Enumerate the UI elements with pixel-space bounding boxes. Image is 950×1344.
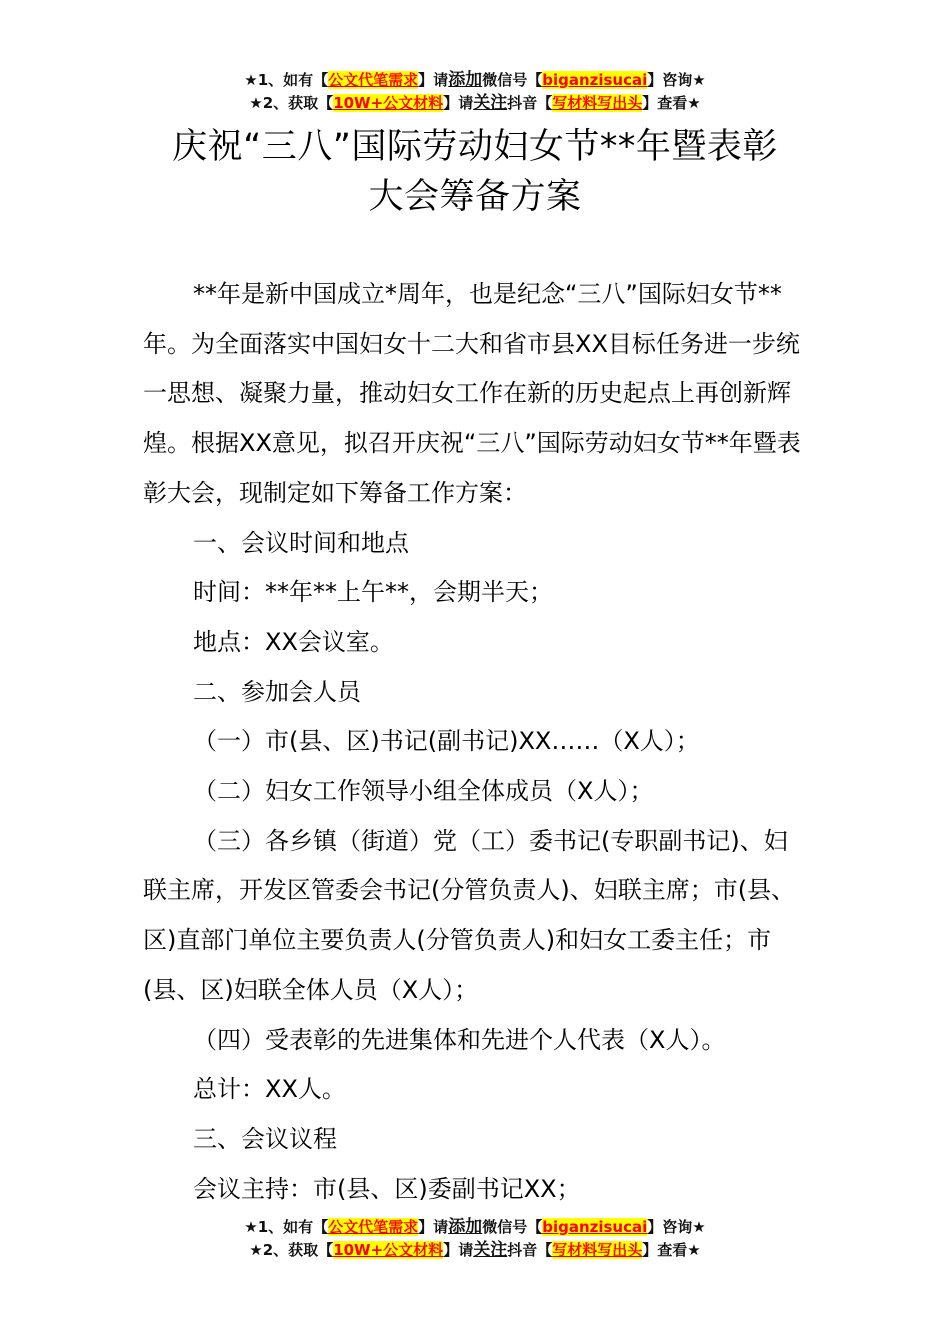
attendee-item-3: （三）各乡镇（街道）党（工）委书记(专职副书记)、妇联主席，开发区管委会书记(分… [143, 817, 808, 1016]
promo-text: 】查看★ [642, 1241, 700, 1259]
promo-douyin-name: 写材料写出头 [552, 1241, 642, 1259]
section-heading-time-place: 一、会议时间和地点 [143, 519, 808, 569]
attendee-item-1: （一）市(县、区)书记(副书记)XX……（X人）； [143, 717, 808, 767]
promo-emphasis: 添加 [448, 70, 482, 90]
promo-emphasis: 关注 [473, 93, 507, 113]
promo-text: 】咨询★ [647, 1218, 705, 1236]
promo-highlight: 公文代笔需求 [328, 1218, 418, 1236]
promo-text: 】查看★ [642, 94, 700, 112]
section-heading-attendees: 二、参加会人员 [143, 668, 808, 718]
promo-text: 】请 [443, 1241, 473, 1259]
attendee-item-4: （四）受表彰的先进集体和先进个人代表（X人）。 [143, 1016, 808, 1066]
promo-line-2: ★2、获取【10W+公文材料】请关注抖音【写材料写出头】查看★ [0, 1239, 950, 1262]
promo-text: ★1、如有【 [244, 71, 328, 89]
document-title: 庆祝“三八”国际劳动妇女节**年暨表彰 大会筹备方案 [0, 122, 950, 222]
document-body: **年是新中国成立*周年，也是纪念“三八”国际妇女节**年。为全面落实中国妇女十… [143, 270, 808, 1214]
promo-text: 抖音【 [507, 1241, 552, 1259]
promo-banner-top: ★1、如有【公文代笔需求】请添加微信号【biganzisucai】咨询★ ★2、… [0, 69, 950, 115]
section-heading-agenda: 三、会议议程 [143, 1115, 808, 1165]
promo-text: 抖音【 [507, 94, 552, 112]
promo-text: 】咨询★ [647, 71, 705, 89]
promo-wechat-id: biganzisucai [542, 71, 647, 89]
promo-text: 微信号【 [482, 1218, 542, 1236]
intro-paragraph: **年是新中国成立*周年，也是纪念“三八”国际妇女节**年。为全面落实中国妇女十… [143, 270, 808, 519]
promo-wechat-id: biganzisucai [542, 1218, 647, 1236]
promo-text: 】请 [443, 94, 473, 112]
promo-text: 微信号【 [482, 71, 542, 89]
promo-text: 】请 [418, 71, 448, 89]
promo-highlight: 10W+公文材料 [333, 94, 443, 112]
title-line-2: 大会筹备方案 [0, 172, 950, 222]
meeting-host: 会议主持：市(县、区)委副书记XX； [143, 1165, 808, 1215]
title-line-1: 庆祝“三八”国际劳动妇女节**年暨表彰 [0, 122, 950, 172]
promo-text: 】请 [418, 1218, 448, 1236]
promo-emphasis: 关注 [473, 1240, 507, 1260]
attendee-total: 总计：XX人。 [143, 1065, 808, 1115]
meeting-place: 地点：XX会议室。 [143, 618, 808, 668]
promo-text: ★1、如有【 [244, 1218, 328, 1236]
promo-banner-bottom: ★1、如有【公文代笔需求】请添加微信号【biganzisucai】咨询★ ★2、… [0, 1216, 950, 1262]
promo-text: ★2、获取【 [249, 94, 333, 112]
promo-emphasis: 添加 [448, 1217, 482, 1237]
attendee-item-2: （二）妇女工作领导小组全体成员（X人）； [143, 767, 808, 817]
promo-line-2: ★2、获取【10W+公文材料】请关注抖音【写材料写出头】查看★ [0, 92, 950, 115]
promo-line-1: ★1、如有【公文代笔需求】请添加微信号【biganzisucai】咨询★ [0, 1216, 950, 1239]
promo-highlight: 10W+公文材料 [333, 1241, 443, 1259]
promo-text: ★2、获取【 [249, 1241, 333, 1259]
promo-highlight: 公文代笔需求 [328, 71, 418, 89]
promo-douyin-name: 写材料写出头 [552, 94, 642, 112]
meeting-time: 时间：**年**上午**，会期半天； [143, 568, 808, 618]
promo-line-1: ★1、如有【公文代笔需求】请添加微信号【biganzisucai】咨询★ [0, 69, 950, 92]
